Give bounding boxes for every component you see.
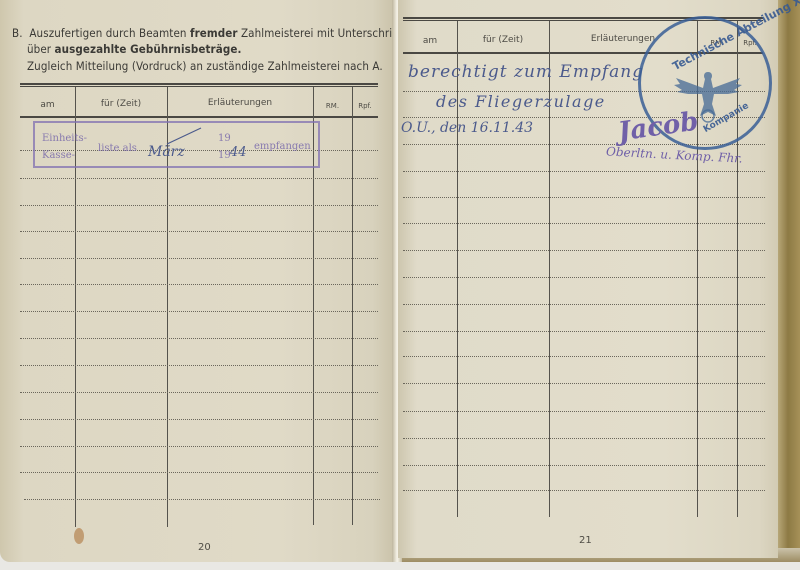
stamp-year-prefix-top: 19 <box>218 133 231 144</box>
entry-row-line <box>403 250 765 251</box>
header-rpf: Rpf. <box>352 102 378 110</box>
entry-row-line <box>403 356 765 357</box>
stamp-suffix: empfangen <box>254 141 311 152</box>
stamp-label-kasse: Kasse- <box>42 150 75 161</box>
header-erlaeuterungen: Erläuterungen <box>167 98 313 108</box>
table-top-rule-2 <box>20 86 378 87</box>
left-page: B. Auszufertigen durch Beamten fremder Z… <box>0 0 396 562</box>
entry-row-line <box>403 465 765 466</box>
section-number: B. <box>12 26 23 40</box>
page-number-left: 20 <box>198 542 211 553</box>
open-booklet: B. Auszufertigen durch Beamten fremder Z… <box>0 0 800 570</box>
entry-row-line <box>20 392 378 393</box>
instruction-bold: ausgezahlte Gebührnisbeträge. <box>55 42 242 56</box>
entry-row-line <box>403 304 765 305</box>
handwritten-line-2: des Fliegerzulage <box>436 92 606 111</box>
stamp-label-einheits: Einheits- <box>42 133 87 144</box>
entry-row-line <box>20 419 378 420</box>
page-number-right: 21 <box>579 535 592 546</box>
entry-row-line <box>403 223 765 224</box>
handwritten-line-1: berechtigt zum Empfang <box>408 62 644 82</box>
instruction-line-2: über ausgezahlte Gebührnisbeträge. <box>27 42 242 56</box>
instruction-bold: fremder <box>190 26 238 40</box>
table-header-bottom-rule <box>20 116 378 118</box>
entry-row-line <box>20 472 378 473</box>
stamp-year-prefix-bottom: 19 <box>218 150 231 161</box>
header-fuer-zeit: für (Zeit) <box>457 35 549 45</box>
entry-row-line <box>403 331 765 332</box>
entry-row-line <box>20 311 378 312</box>
instruction-text: Zahlmeisterei mit Unterschrift <box>238 26 400 40</box>
instruction-text: Auszufertigen durch Beamten <box>29 26 190 40</box>
entry-row-line <box>403 490 765 491</box>
entry-row-line <box>20 258 378 259</box>
entry-row-line <box>20 365 378 366</box>
handwritten-year: 44 <box>230 145 247 160</box>
entry-row-line <box>403 277 765 278</box>
header-am: am <box>20 100 75 110</box>
pen-stroke <box>165 126 205 146</box>
entry-row-line <box>20 446 378 447</box>
stamp-middle-text: liste als <box>98 143 137 154</box>
entry-row-line <box>20 284 378 285</box>
handwritten-date: O.U., den 16.11.43 <box>401 120 533 136</box>
instruction-text: über <box>27 42 55 56</box>
table-top-rule <box>20 83 378 85</box>
entry-row-line <box>20 178 378 179</box>
entry-row-line <box>20 205 378 206</box>
entry-row-line <box>403 383 765 384</box>
entry-row-line <box>24 499 380 500</box>
instruction-line-1: B. Auszufertigen durch Beamten fremder Z… <box>12 26 400 40</box>
entry-row-line <box>403 438 765 439</box>
header-fuer-zeit: für (Zeit) <box>75 99 167 109</box>
handwritten-month: März <box>148 144 185 160</box>
entry-row-line <box>403 171 765 172</box>
entry-row-line <box>20 231 378 232</box>
header-am: am <box>403 36 457 46</box>
entry-row-line <box>403 411 765 412</box>
entry-row-line <box>20 338 378 339</box>
instruction-line-3: Zugleich Mitteilung (Vordruck) an zustän… <box>27 59 383 73</box>
column-divider <box>352 87 353 525</box>
entry-row-line <box>403 197 765 198</box>
stain <box>74 528 84 544</box>
header-rm: RM. <box>313 102 352 110</box>
